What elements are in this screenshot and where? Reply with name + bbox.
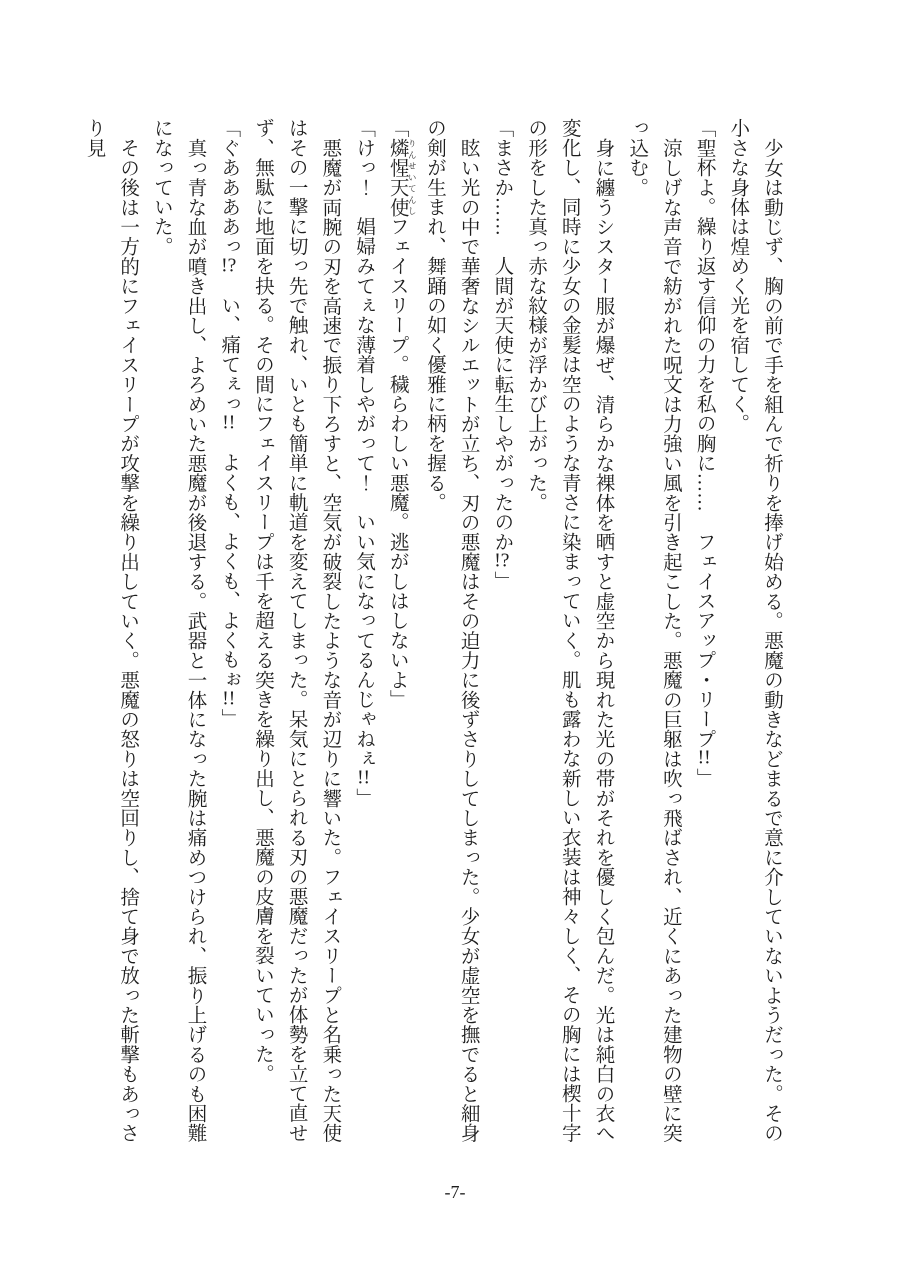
text-run: 」 xyxy=(491,571,512,591)
paragraph: 「まさか…… 人間が天使に転生しやがったのか!?」 xyxy=(485,118,519,1156)
tate-chu-yoko: !! xyxy=(694,748,715,768)
text-run: 「 xyxy=(387,118,408,138)
paragraph: その後は一方的にフェイスリープが攻撃を繰り出していく。悪魔の怒りは空回りし、捨て… xyxy=(77,118,144,1156)
text-run: 」 xyxy=(353,788,374,808)
paragraph: 「聖杯よ。繰り返す信仰の力を私の胸に…… フェイスアップ・リープ!!」 xyxy=(687,118,721,1156)
text-run: 眩い光の中で華奢なシルエットが立ち、刃の悪魔はその迫力に後ずさりしてしまった。少… xyxy=(424,118,479,1142)
text-run: よくも、よくも、よくもぉ xyxy=(218,433,239,689)
paragraph: 真っ青な血が噴き出し、よろめいた悪魔が後退する。武器と一体になった腕は痛めつけら… xyxy=(144,118,211,1156)
text-run: 」 xyxy=(694,768,715,788)
text-run: い、痛てぇっ xyxy=(218,275,239,413)
paragraph: 「けっ！ 娼婦みてぇな薄着しやがって！ いい気になってるんじゃねぇ!!」 xyxy=(346,118,380,1156)
furigana: りんせいてんし xyxy=(407,138,417,217)
text-run: 少女は動じず、胸の前で手を組んで祈りを捧げ始める。悪魔の動きなどまるで意に介して… xyxy=(727,118,782,1142)
tate-chu-yoko: !? xyxy=(491,551,512,571)
text-run: 「聖杯よ。繰り返す信仰の力を私の胸に…… フェイスアップ・リープ xyxy=(694,118,715,748)
paragraph: 涼しげな声音で紡がれた呪文は力強い風を引き起こした。悪魔の巨躯は吹っ飛ばされ、近… xyxy=(619,118,686,1156)
paragraph: 眩い光の中で華奢なシルエットが立ち、刃の悪魔はその迫力に後ずさりしてしまった。少… xyxy=(417,118,484,1156)
tate-chu-yoko: !! xyxy=(353,768,374,788)
paragraph: 悪魔が両腕の刃を高速で振り下ろすと、空気が破裂したような音が辺りに響いた。フェイ… xyxy=(245,118,346,1156)
text-run: 身に纏うシスター服が爆ぜ、清らかな裸体を晒すと虚空から現れた光の帯がそれを優しく… xyxy=(525,118,613,1142)
paragraph: 少女は動じず、胸の前で手を組んで祈りを捧げ始める。悪魔の動きなどまるで意に介して… xyxy=(721,118,788,1156)
text-block: 少女は動じず、胸の前で手を組んで祈りを捧げ始める。悪魔の動きなどまるで意に介して… xyxy=(77,118,788,1156)
text-run: 「まさか…… 人間が天使に転生しやがったのか xyxy=(491,118,512,551)
ruby-annotated-word: 燐惺天使りんせいてんし xyxy=(387,138,408,217)
tate-chu-yoko: !! xyxy=(218,689,239,709)
paragraph: 「ぐああああっ!? い、痛てぇっ!! よくも、よくも、よくもぉ!!」 xyxy=(212,118,246,1156)
document-page: 少女は動じず、胸の前で手を組んで祈りを捧げ始める。悪魔の動きなどまるで意に介して… xyxy=(0,0,910,1276)
text-run: 真っ青な血が噴き出し、よろめいた悪魔が後退する。武器と一体になった腕は痛めつけら… xyxy=(151,118,206,1142)
text-run: その後は一方的にフェイスリープが攻撃を繰り出していく。悪魔の怒りは空回りし、捨て… xyxy=(83,118,138,1142)
footer-page-number: -7- xyxy=(0,1182,910,1203)
paragraph: 「燐惺天使りんせいてんしフェイスリープ。穢らわしい悪魔。逃がしはしないよ」 xyxy=(380,118,417,1156)
text-run: 「ぐああああっ xyxy=(218,118,239,256)
text-run: フェイスリープ。穢らわしい悪魔。逃がしはしないよ」 xyxy=(387,217,408,710)
tate-chu-yoko: !! xyxy=(218,413,239,433)
text-run: 涼しげな声音で紡がれた呪文は力強い風を引き起こした。悪魔の巨躯は吹っ飛ばされ、近… xyxy=(626,118,681,1142)
text-run: 」 xyxy=(218,708,239,728)
text-run: 「けっ！ 娼婦みてぇな薄着しやがって！ いい気になってるんじゃねぇ xyxy=(353,118,374,768)
paragraph: 身に纏うシスター服が爆ぜ、清らかな裸体を晒すと虚空から現れた光の帯がそれを優しく… xyxy=(518,118,619,1156)
tate-chu-yoko: !? xyxy=(218,256,239,276)
text-run: 悪魔が両腕の刃を高速で振り下ろすと、空気が破裂したような音が辺りに響いた。フェイ… xyxy=(252,118,340,1142)
